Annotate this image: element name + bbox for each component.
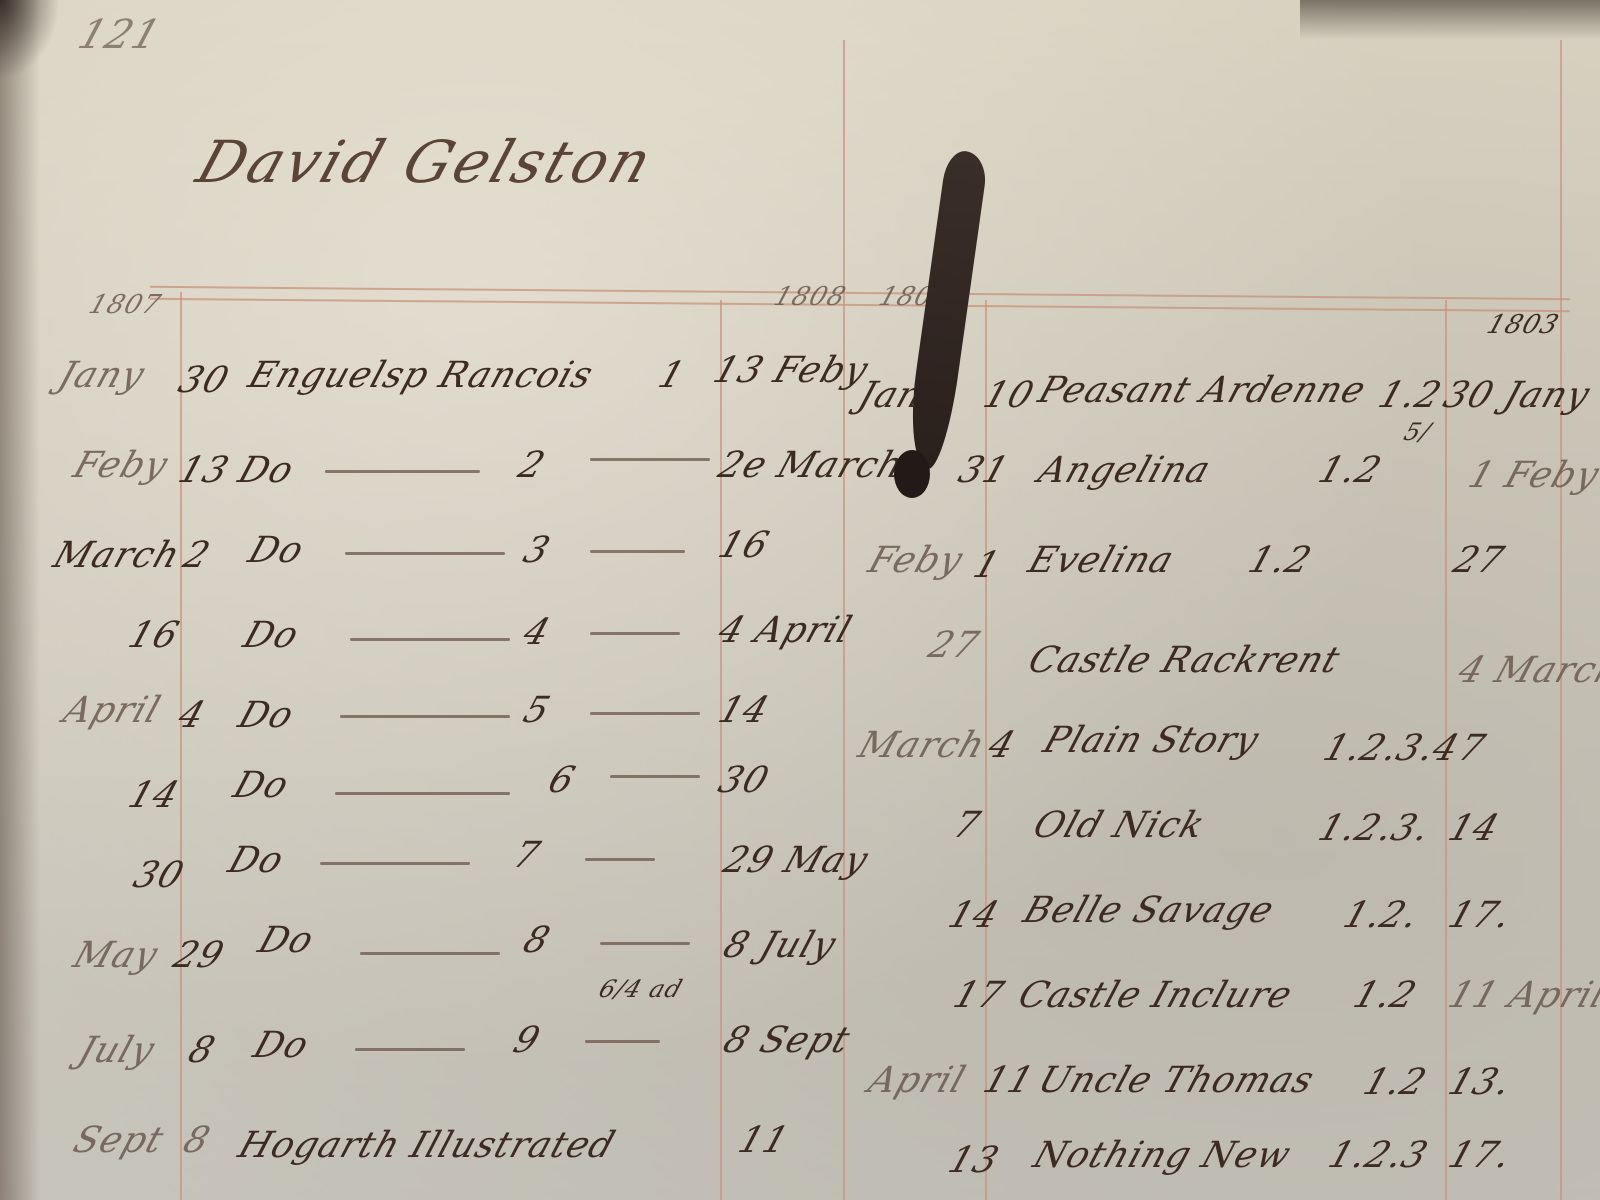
ledger-page: 121 David Gelston 1807 1808 1808 1803 Ja…: [0, 0, 1600, 1200]
ditto-dash: [590, 632, 680, 635]
entry-title: Enguelsp Rancois: [243, 355, 598, 396]
entry-volume: 1.2.3.4: [1318, 728, 1464, 769]
entry-returned: 14: [713, 690, 774, 731]
entry-returned: 16: [713, 525, 774, 566]
entry-volume: 1.2: [1358, 1062, 1432, 1103]
entry-title: Do: [248, 1025, 314, 1066]
entry-returned: 30: [713, 760, 774, 801]
entry-volume: 1.2.3: [1323, 1135, 1433, 1176]
entry-returned: 13 Feby: [708, 350, 873, 391]
left-return-year-header: 1808: [770, 282, 850, 312]
page-number: 121: [73, 12, 167, 58]
ditto-dash: [610, 775, 700, 778]
entry-title: Do: [233, 695, 299, 736]
entry-day: 7: [948, 805, 985, 846]
entry-month: Feby: [863, 540, 968, 581]
entry-month: Sept: [68, 1120, 169, 1161]
ditto-dash: [590, 712, 700, 715]
entry-title: Uncle Thomas: [1033, 1060, 1319, 1101]
entry-returned: 8 Sept: [718, 1020, 855, 1061]
entry-note: 6/4 ad: [595, 975, 686, 1003]
entry-title: Do: [238, 615, 304, 656]
corner-shadow: [0, 0, 60, 80]
left-date-column-rule: [180, 292, 182, 1200]
left-year-header: 1807: [85, 290, 165, 320]
ink-drop: [894, 450, 930, 498]
entry-volume: 8: [518, 920, 555, 961]
header-rule-top: [150, 286, 1570, 300]
entry-day: 10: [978, 375, 1039, 416]
entry-note: 5/: [1400, 418, 1434, 446]
entry-volume: 7: [508, 835, 545, 876]
entry-day: 17: [948, 975, 1009, 1016]
entry-returned: 14: [1443, 808, 1504, 849]
entry-month: March: [853, 725, 990, 766]
entry-returned: 2e March: [713, 445, 909, 486]
entry-volume: 3: [518, 530, 555, 571]
entry-day: 13: [173, 450, 234, 491]
entry-volume: 1.2: [1373, 375, 1447, 416]
ditto-dash: [350, 638, 510, 641]
ditto-dash: [585, 1040, 660, 1043]
left-return-column-rule: [720, 300, 722, 1200]
ditto-dash: [585, 858, 655, 861]
entry-title: Nothing New: [1028, 1135, 1296, 1176]
entry-title: Peasant Ardenne: [1033, 370, 1371, 411]
entry-title: Do: [233, 450, 299, 491]
right-edge-rule: [1560, 40, 1562, 1200]
entry-day: 14: [943, 895, 1004, 936]
right-date-column-rule: [985, 300, 987, 1200]
entry-returned: 11: [733, 1120, 794, 1161]
entry-returned: 13.: [1443, 1062, 1517, 1103]
entry-month: July: [73, 1030, 160, 1071]
entry-day: 16: [123, 615, 184, 656]
ditto-dash: [355, 1048, 465, 1051]
entry-day: 2: [178, 535, 215, 576]
entry-title: Old Nick: [1028, 805, 1210, 846]
entry-day: 29: [168, 935, 229, 976]
entry-title: Angelina: [1033, 450, 1216, 491]
entry-returned: 27: [1448, 540, 1509, 581]
entry-day: 13: [943, 1140, 1004, 1181]
ditto-dash: [590, 550, 685, 553]
header-rule-bottom: [150, 298, 1570, 312]
entry-returned: 30 Jany: [1438, 375, 1595, 416]
ditto-dash: [320, 862, 470, 865]
ditto-dash: [325, 470, 480, 473]
entry-title: Castle Inclure: [1013, 975, 1297, 1016]
entry-month: March: [48, 535, 185, 576]
entry-day: 14: [123, 775, 184, 816]
entry-volume: 4: [518, 612, 555, 653]
entry-day: 1: [968, 545, 1005, 586]
entry-title: Evelina: [1023, 540, 1179, 581]
entry-month: April: [863, 1060, 971, 1101]
entry-day: 31: [953, 450, 1014, 491]
ditto-dash: [360, 952, 500, 955]
entry-title: Belle Savage: [1018, 890, 1279, 931]
entry-month: Jany: [53, 355, 150, 396]
ditto-dash: [340, 715, 510, 718]
entry-day: 4: [983, 725, 1020, 766]
edge-shadow: [1300, 0, 1600, 40]
right-return-year-header: 1803: [1483, 310, 1563, 340]
ditto-dash: [335, 792, 510, 795]
entry-title: Do: [253, 920, 319, 961]
entry-title: Castle Rackrent: [1023, 640, 1345, 681]
entry-day: 8: [183, 1030, 220, 1071]
entry-returned: 11 April: [1443, 975, 1600, 1016]
entry-volume: 5: [518, 690, 555, 731]
entry-title: Hogarth Illustrated: [233, 1125, 620, 1166]
entry-volume: 6: [543, 760, 580, 801]
entry-month: Feby: [68, 445, 173, 486]
entry-volume: 9: [508, 1020, 545, 1061]
binding-shadow: [0, 0, 40, 1200]
entry-returned: 17.: [1443, 1135, 1517, 1176]
entry-month: May: [68, 935, 163, 976]
entry-returned: 4 March: [1453, 650, 1600, 691]
entry-title: Do: [223, 840, 289, 881]
entry-volume: 1.2: [1348, 975, 1422, 1016]
ditto-dash: [345, 552, 505, 555]
entry-day: 27: [923, 625, 984, 666]
entry-volume: 1.2: [1313, 450, 1387, 491]
entry-returned: 29 May: [718, 840, 873, 881]
entry-day: 4: [173, 695, 210, 736]
entry-day: 8: [178, 1120, 215, 1161]
entry-volume: 1: [653, 355, 690, 396]
entry-returned: 8 July: [718, 925, 841, 966]
ditto-dash: [590, 458, 710, 461]
account-name: David Gelston: [189, 128, 663, 196]
entry-day: 30: [173, 360, 234, 401]
entry-volume: 1.2.: [1338, 895, 1424, 936]
ditto-dash: [600, 942, 690, 945]
entry-returned: 17.: [1443, 895, 1517, 936]
entry-month: April: [58, 690, 166, 731]
entry-title: Do: [243, 530, 309, 571]
entry-returned: 1 Feby: [1463, 455, 1600, 496]
entry-volume: 2: [513, 445, 550, 486]
entry-returned: 4 April: [713, 610, 857, 651]
entry-title: Do: [228, 765, 294, 806]
entry-volume: 1.2: [1243, 540, 1317, 581]
entry-volume: 1.2.3.: [1313, 808, 1435, 849]
entry-day: 11: [978, 1060, 1039, 1101]
entry-title: Plain Story: [1038, 720, 1264, 761]
